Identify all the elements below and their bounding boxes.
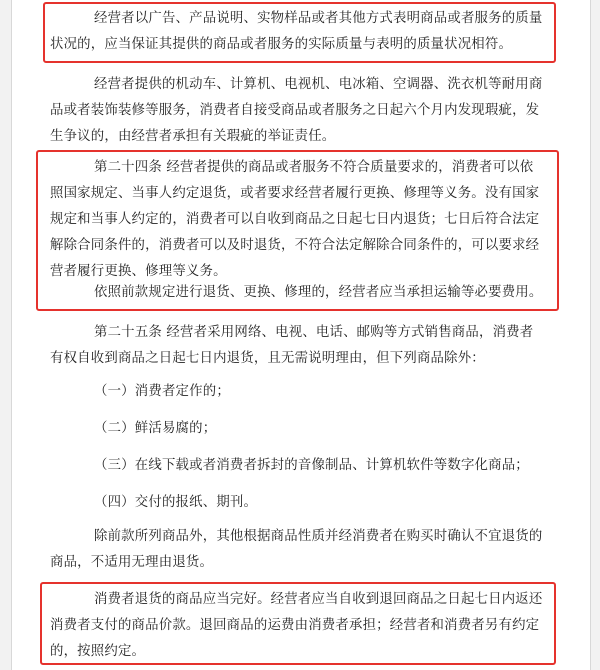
list-item-digital-goods: （三）在线下载或者消费者拆封的音像制品、计算机软件等数字化商品； (50, 453, 546, 479)
paragraph-return-condition: 消费者退货的商品应当完好。经营者应当自收到退回商品之日起七日内返还消费者支付的商… (50, 587, 546, 665)
paragraph-other-exclusions: 除前款所列商品外，其他根据商品性质并经消费者在购买时确认不宜退货的商品，不适用无… (50, 524, 546, 576)
paragraph-article-25: 第二十五条 经营者采用网络、电视、电话、邮购等方式销售商品，消费者有权自收到商品… (50, 320, 546, 372)
list-item-perishable: （二）鲜活易腐的； (50, 416, 546, 442)
paragraph-quality-statement: 经营者以广告、产品说明、实物样品或者其他方式表明商品或者服务的质量状况的，应当保… (50, 6, 546, 58)
list-item-custom-made: （一）消费者定作的； (50, 379, 546, 405)
paragraph-durable-goods: 经营者提供的机动车、计算机、电视机、电冰箱、空调器、洗衣机等耐用商品或者装饰装修… (50, 72, 546, 150)
list-item-newspapers: （四）交付的报纸、期刊。 (50, 490, 546, 516)
paragraph-article-24: 第二十四条 经营者提供的商品或者服务不符合质量要求的，消费者可以依照国家规定、当… (50, 155, 546, 285)
paragraph-return-costs: 依照前款规定进行退货、更换、修理的，经营者应当承担运输等必要费用。 (50, 280, 546, 306)
